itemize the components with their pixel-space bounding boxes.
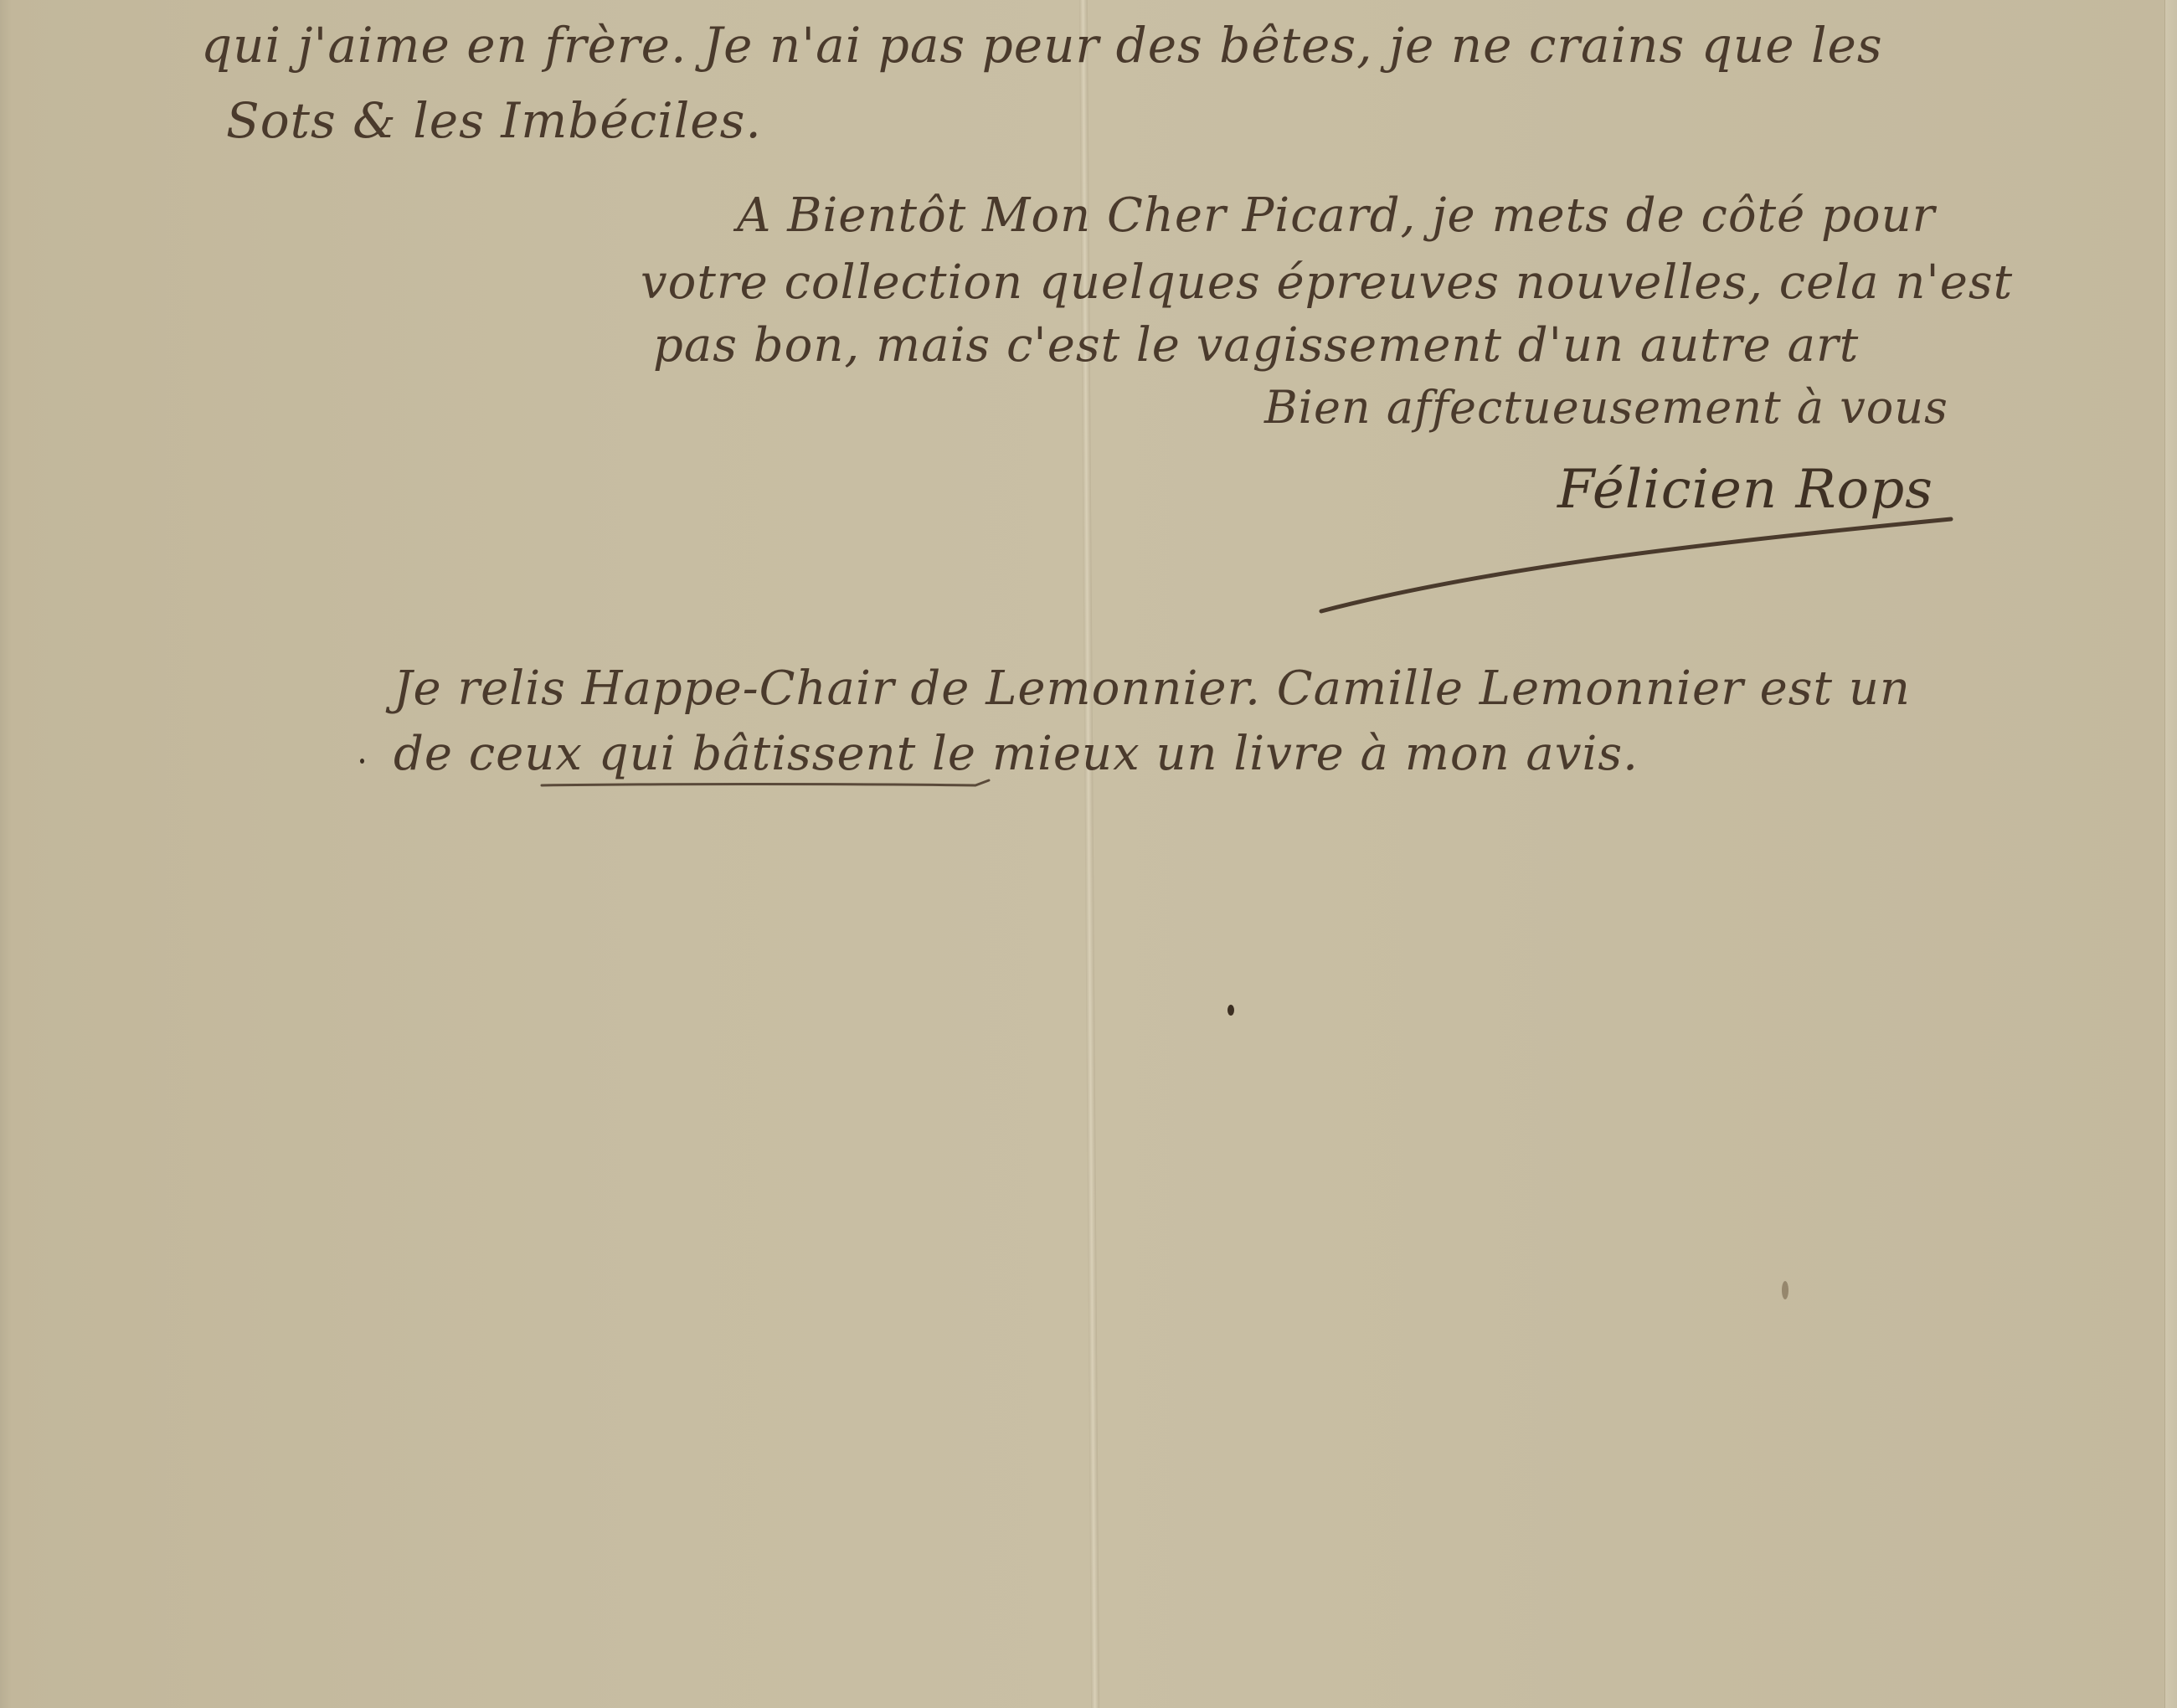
letter-sheet: qui j'aime en frère. Je n'ai pas peur de… (0, 0, 2177, 1708)
paragraph-line-2: votre collection quelques épreuves nouve… (641, 255, 2013, 310)
postscript-line-2: de ceux qui bâtissent le mieux un livre … (394, 727, 1639, 781)
signature-flourish (1315, 502, 1984, 620)
underline-batissent (540, 777, 992, 794)
letter-line-1: qui j'aime en frère. Je n'ai pas peur de… (201, 17, 1883, 74)
postscript-line-1: Je relis Happe-Chair de Lemonnier. Camil… (394, 661, 1911, 716)
paragraph-line-1: A Bientôt Mon Cher Picard, je mets de cô… (737, 188, 1935, 243)
ink-dot (360, 759, 364, 764)
ink-spot (1227, 1005, 1234, 1016)
paper-right-edge (2164, 0, 2177, 1708)
closing-salutation: Bien affectueusement à vous (1264, 381, 1948, 434)
paragraph-line-3: pas bon, mais c'est le vagissement d'un … (653, 318, 1859, 373)
ink-smudge (1782, 1281, 1788, 1299)
letter-line-2: Sots & les Imbéciles. (226, 92, 762, 149)
